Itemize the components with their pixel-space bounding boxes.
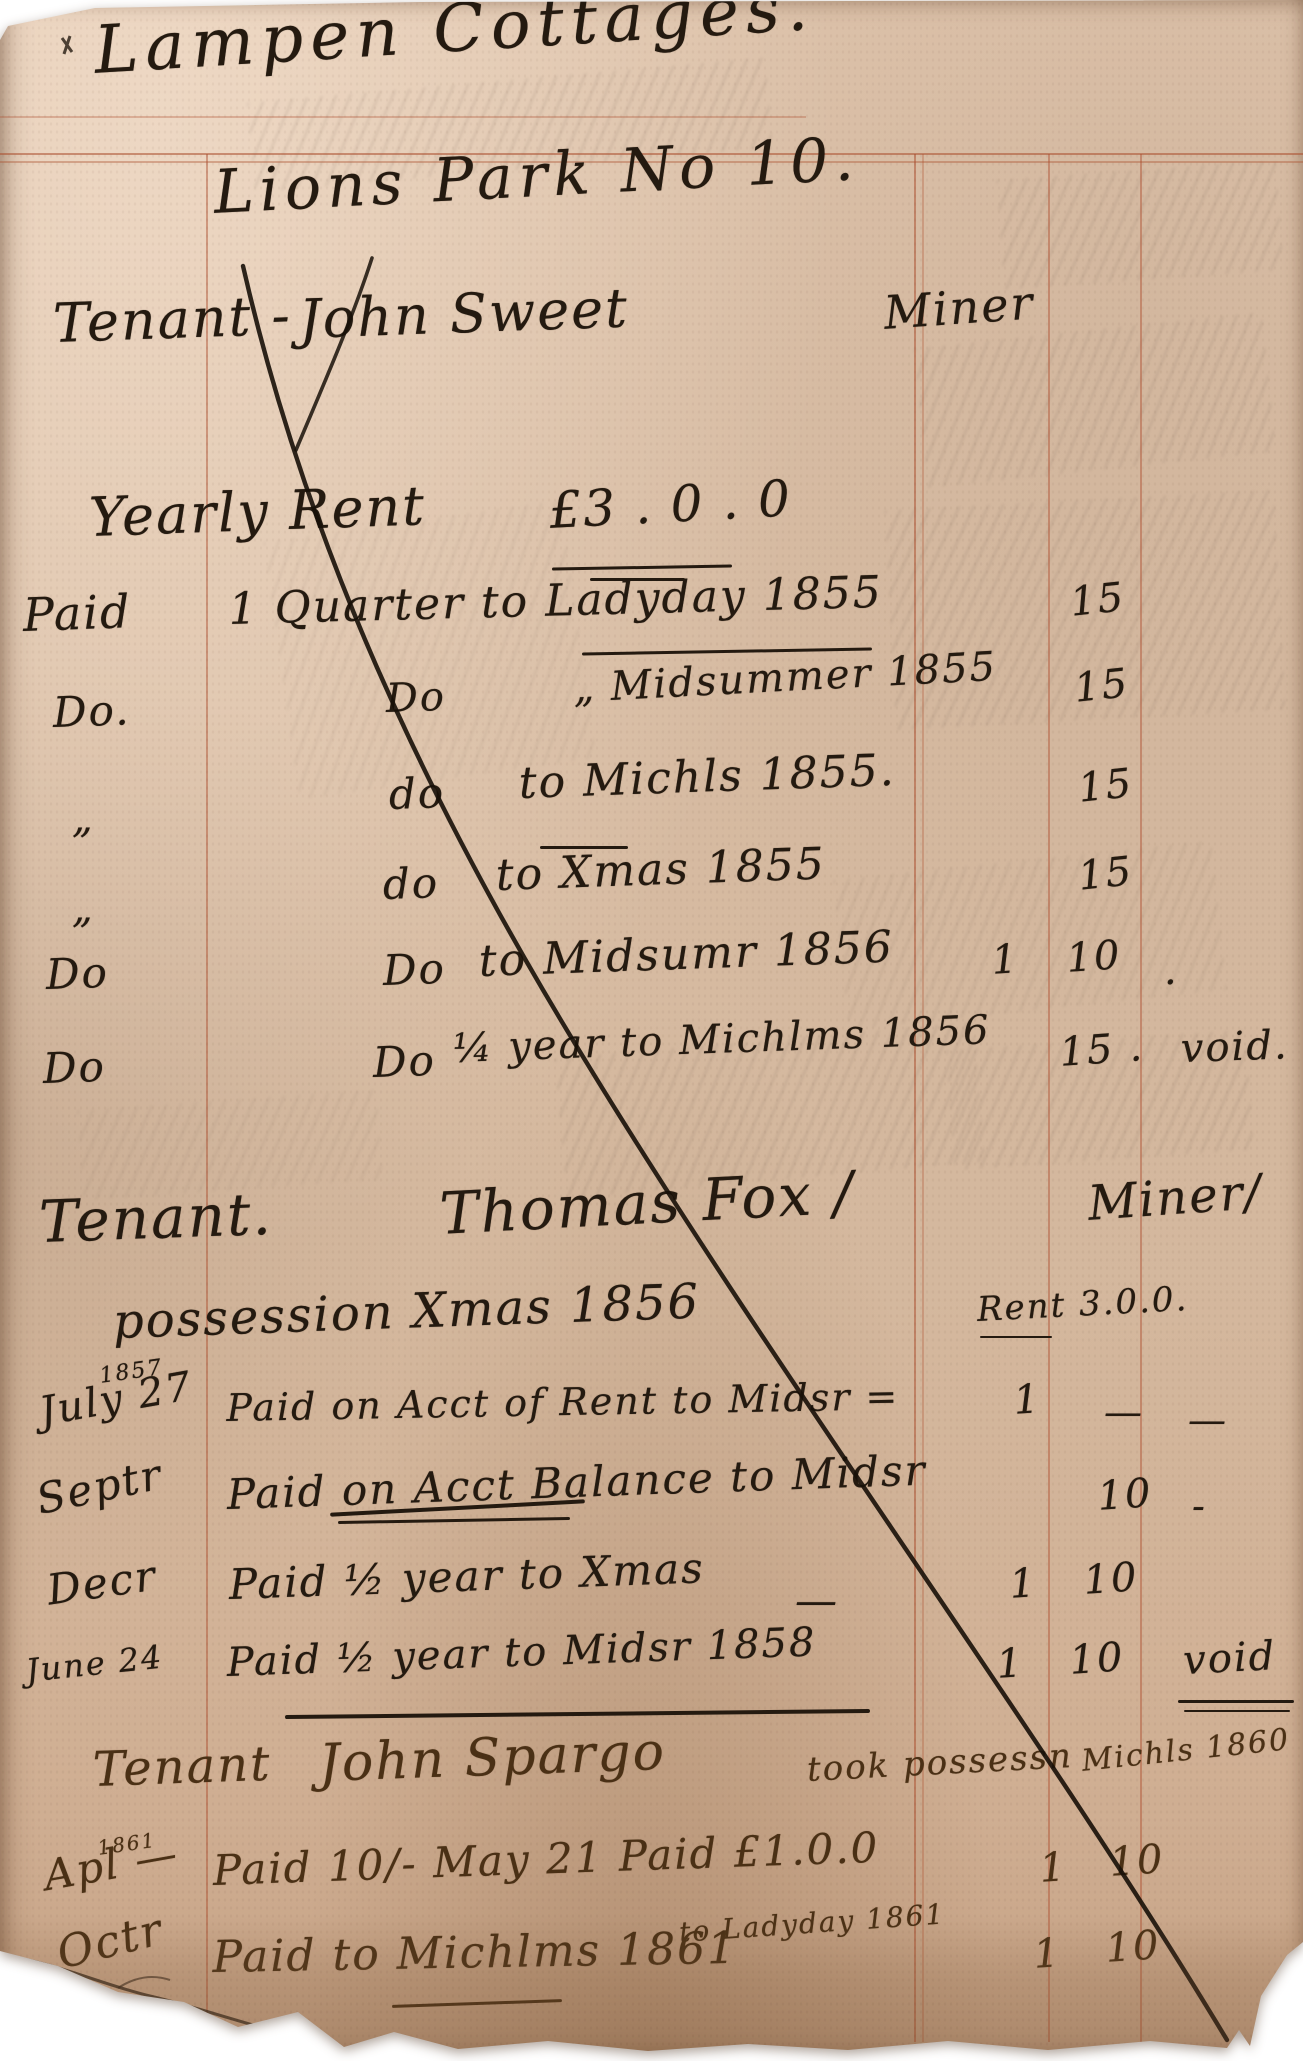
ledger-row-ditto: Do [382,944,447,995]
ledger-row-date: Do [42,1042,107,1093]
ledger-row-ditto: Do [372,1036,437,1087]
tenant-label: Tenant - [52,284,293,355]
ledger-row-ditto: Do [385,674,447,722]
row-note-void: void [1182,1633,1277,1684]
amount-shillings: 10 [1104,1922,1162,1972]
amount-pounds: 1 [995,1640,1026,1688]
ledger-row-ditto: do [382,858,440,909]
ledger-row-date: „ [72,886,95,932]
ledger-row-dash: — [795,1576,839,1625]
possession-line: possession Xmas 1856 [112,1274,701,1350]
ledger-row-date: Octr [52,1904,169,1979]
ledger-row-desc: to Midsumr 1856 [478,922,895,987]
ledger-row-desc: 1 Quarter to Ladyday 1855 [228,567,883,635]
ledger-row-desc: „ Midsummer 1855 [572,644,998,712]
tenant-name: John Sweet [298,276,630,350]
amount-pounds: 1 [1032,1930,1063,1978]
paper-crack-branch [118,1977,170,1988]
tenant-occupation: Miner [882,275,1036,339]
amount-pounds: 1 [1008,1560,1039,1608]
ledger-row-desc: to Xmas 1855 [495,838,827,900]
amount-pence: . [1164,948,1179,994]
strikethrough [338,1517,570,1524]
underline [392,1999,562,2008]
amount-shillings: 10 [1082,1554,1140,1604]
possession-note: took possessn [806,1736,1074,1790]
tenant-label: Tenant. [38,1180,274,1256]
underline [1178,1700,1294,1703]
desc-pre: Paid [226,1466,343,1519]
amount-shillings: 10 [1065,932,1123,982]
desc-post: Balance to Midsr [515,1446,927,1509]
ledger-row-desc: Paid to Michlms 1861 [212,1923,737,1983]
underline [552,564,732,570]
page-title: Lampen Cottages. [92,0,817,89]
scanned-ledger-page: Lampen Cottages. Lions Park No 10. Tenan… [0,0,1303,2061]
tenant-name: Thomas Fox / [438,1158,856,1248]
ink-blot [62,36,72,54]
ledger-row-date: Decr [44,1551,160,1615]
amount-shillings: 15 [1076,760,1135,811]
ledger-row-date: June 24 [24,1638,165,1690]
ledger-row-date: Paid [22,584,132,642]
ink-bleed-mark [914,312,1277,488]
amount-shillings: 15 [1076,848,1135,899]
amount-shillings: 10 [1108,1836,1166,1886]
desc-struck: on Acct [341,1460,517,1515]
rent-amount: £3 . 0 . 0 [548,469,793,540]
ledger-row-desc: Paid ½ year to Xmas [228,1543,705,1609]
underline [1184,1710,1290,1712]
underline [980,1336,1052,1338]
ledger-row-desc: Paid 10/- May 21 Paid £1.0.0 [212,1823,880,1895]
amount-shillings: 15 . [1058,1024,1145,1076]
ink-bleed-mark [997,160,1284,289]
ledger-row-desc: ¼ year to Michlms 1856 [452,1007,991,1072]
amount-pounds: 1 [990,936,1021,984]
amount-pounds: 1 [1012,1376,1043,1424]
ledger-row-desc: to Michls 1855. [518,745,896,809]
amount-shillings: 15 [1068,574,1127,625]
tenant-occupation: Miner/ [1086,1164,1264,1232]
possession-date: Michls 1860 [1080,1722,1292,1779]
amount-pence: — [1188,1398,1228,1442]
amount-pence: - [1192,1484,1207,1528]
ledger-row-date: Do. [52,685,131,737]
amount-shillings: — [1104,1390,1144,1434]
ledger-row-ditto: do [388,768,446,819]
ledger-row-date: Septr [32,1449,167,1523]
tenant-name: John Spargo [318,1722,667,1794]
ledger-row-date: Do [45,948,110,999]
amount-shillings: 15 [1072,660,1131,711]
ledger-row-desc: Paid on Acct Balance to Midsr [226,1446,927,1519]
rent-label: Yearly Rent [88,474,427,549]
paper-shadow: Lampen Cottages. Lions Park No 10. Tenan… [0,0,1303,2061]
ruled-line-horizontal-faint [0,116,806,118]
amount-shillings: 10 [1096,1470,1154,1520]
ledger-row-date: Apl — [40,1828,182,1900]
amount-pounds: 1 [1038,1844,1069,1892]
underline [285,1709,870,1719]
rent-note: Rent 3.0.0. [976,1279,1189,1330]
property-title: Lions Park No 10. [212,124,861,228]
ledger-row-desc: Paid on Acct of Rent to Midsr = [226,1374,900,1430]
tenant-label: Tenant [92,1736,272,1798]
amount-shillings: 10 [1068,1634,1126,1684]
ledger-row-date: „ [72,796,95,842]
ledger-paper: Lampen Cottages. Lions Park No 10. Tenan… [0,0,1303,2061]
row-note-void: void. [1180,1022,1289,1072]
ledger-row-desc: Paid ½ year to Midsr 1858 [226,1619,817,1686]
ink-bleed-mark [263,500,596,799]
